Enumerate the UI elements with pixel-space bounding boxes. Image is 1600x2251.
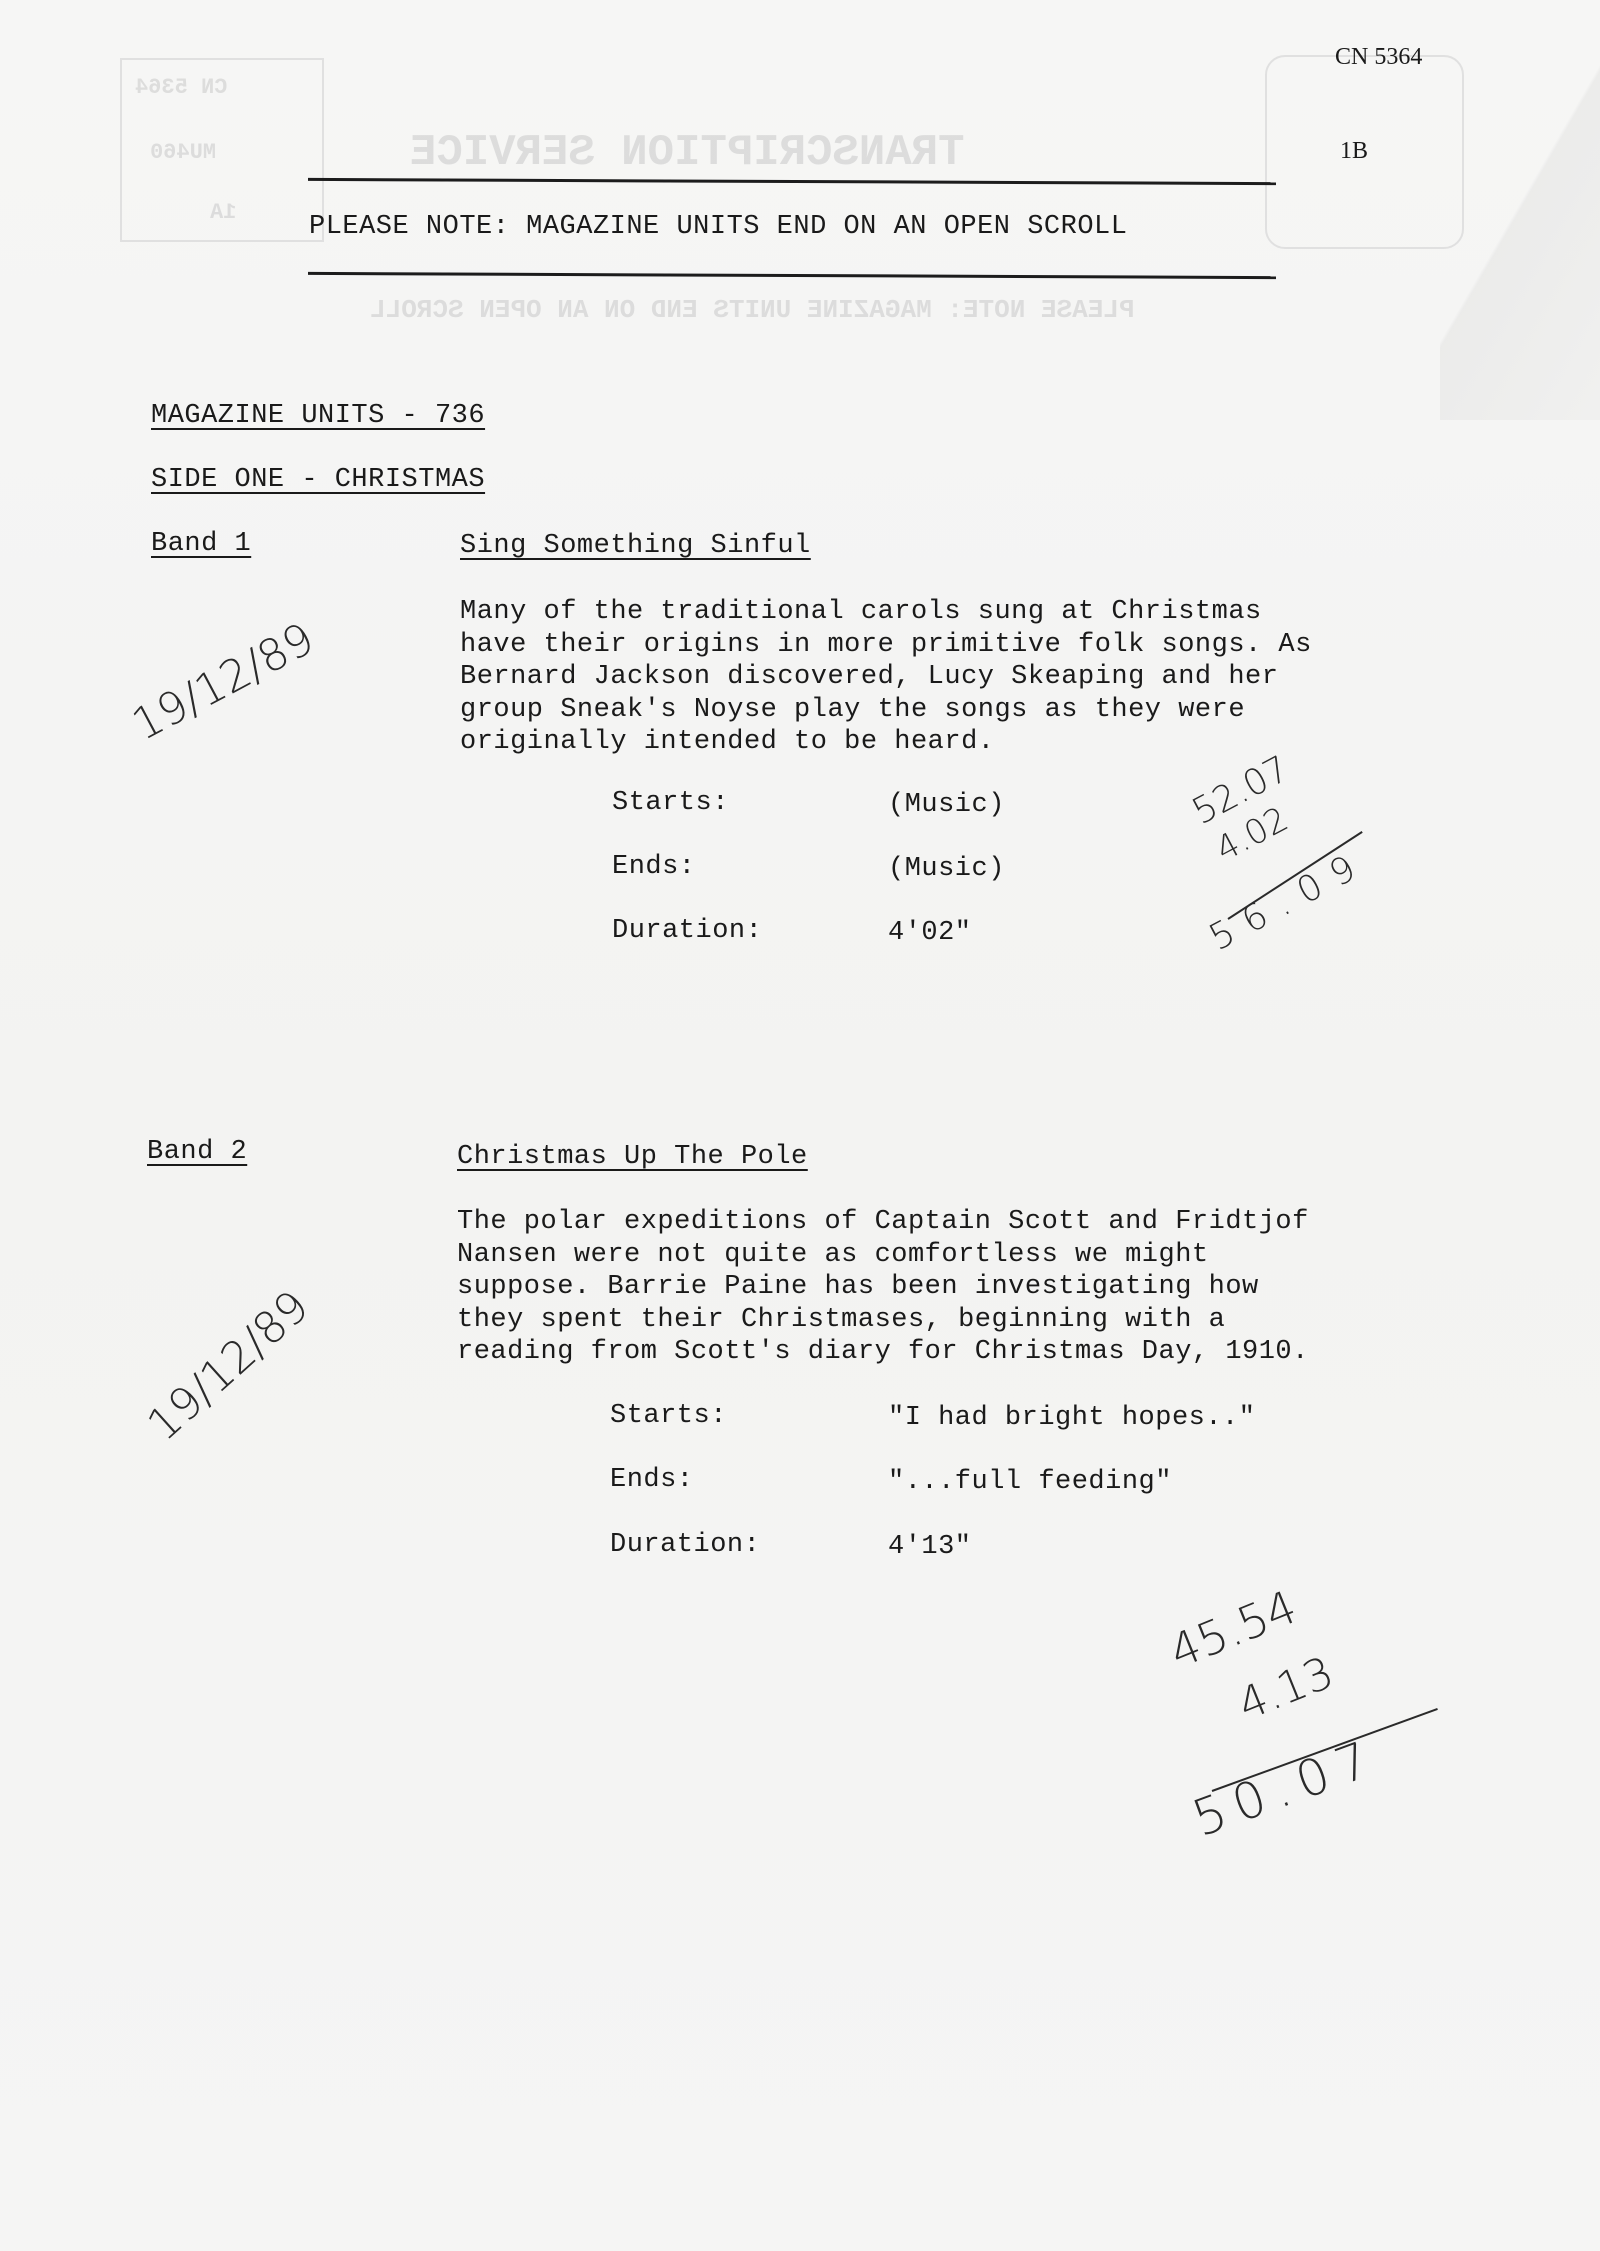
band-1-starts-label: Starts:	[612, 787, 729, 820]
band-2-ends-label: Ends:	[610, 1464, 694, 1497]
ghost-notice: PLEASE NOTE: MAGAZINE UNITS END ON AN OP…	[370, 295, 1135, 325]
notice-bottom-rule	[308, 272, 1276, 279]
notice-text: PLEASE NOTE: MAGAZINE UNITS END ON AN OP…	[309, 211, 1127, 244]
band-2-label: Band 2	[147, 1136, 247, 1169]
ghost-title: TRANSCRIPTION SERVICE	[410, 128, 965, 178]
band-1-starts-value: (Music)	[888, 789, 1005, 822]
ghost-box-line-2: MU460	[150, 140, 216, 165]
band-2-ends-value: "...full feeding"	[888, 1466, 1172, 1499]
band-2-duration-value: 4'13"	[888, 1531, 972, 1564]
band-1-duration-label: Duration:	[612, 915, 762, 948]
band-1-ends-value: (Music)	[888, 853, 1005, 886]
band-2-title: Christmas Up The Pole	[457, 1141, 808, 1174]
side-title: SIDE ONE - CHRISTMAS	[151, 464, 485, 497]
page-fold-shadow	[1440, 0, 1600, 420]
band-2-starts-value: "I had bright hopes.."	[888, 1402, 1255, 1435]
band-2-handwritten-date: 19/12/89	[138, 1281, 319, 1451]
band-2-calc-result: 50.07	[1185, 1727, 1386, 1848]
unit-title: MAGAZINE UNITS - 736	[151, 400, 485, 433]
band-1-duration-value: 4'02"	[888, 917, 972, 950]
ghost-box-line-1: CN 5364	[135, 75, 227, 100]
reference-code: CN 5364	[1335, 44, 1422, 71]
band-1-label: Band 1	[151, 528, 251, 561]
band-1-description: Many of the traditional carols sung at C…	[460, 596, 1312, 759]
band-2-description: The polar expeditions of Captain Scott a…	[457, 1206, 1309, 1369]
scanned-page: CN 5364 MU460 1A TRANSCRIPTION SERVICE P…	[0, 0, 1600, 2251]
page-label: 1B	[1340, 138, 1368, 165]
band-1-title: Sing Something Sinful	[460, 530, 811, 563]
band-2-starts-label: Starts:	[610, 1400, 727, 1433]
band-1-ends-label: Ends:	[612, 851, 696, 884]
band-2-calc-line-2: 4.13	[1231, 1647, 1341, 1731]
ghost-box-line-3: 1A	[210, 200, 236, 225]
notice-top-rule	[308, 178, 1276, 185]
band-2-duration-label: Duration:	[610, 1529, 760, 1562]
band-1-handwritten-date: 19/12/89	[124, 613, 322, 751]
